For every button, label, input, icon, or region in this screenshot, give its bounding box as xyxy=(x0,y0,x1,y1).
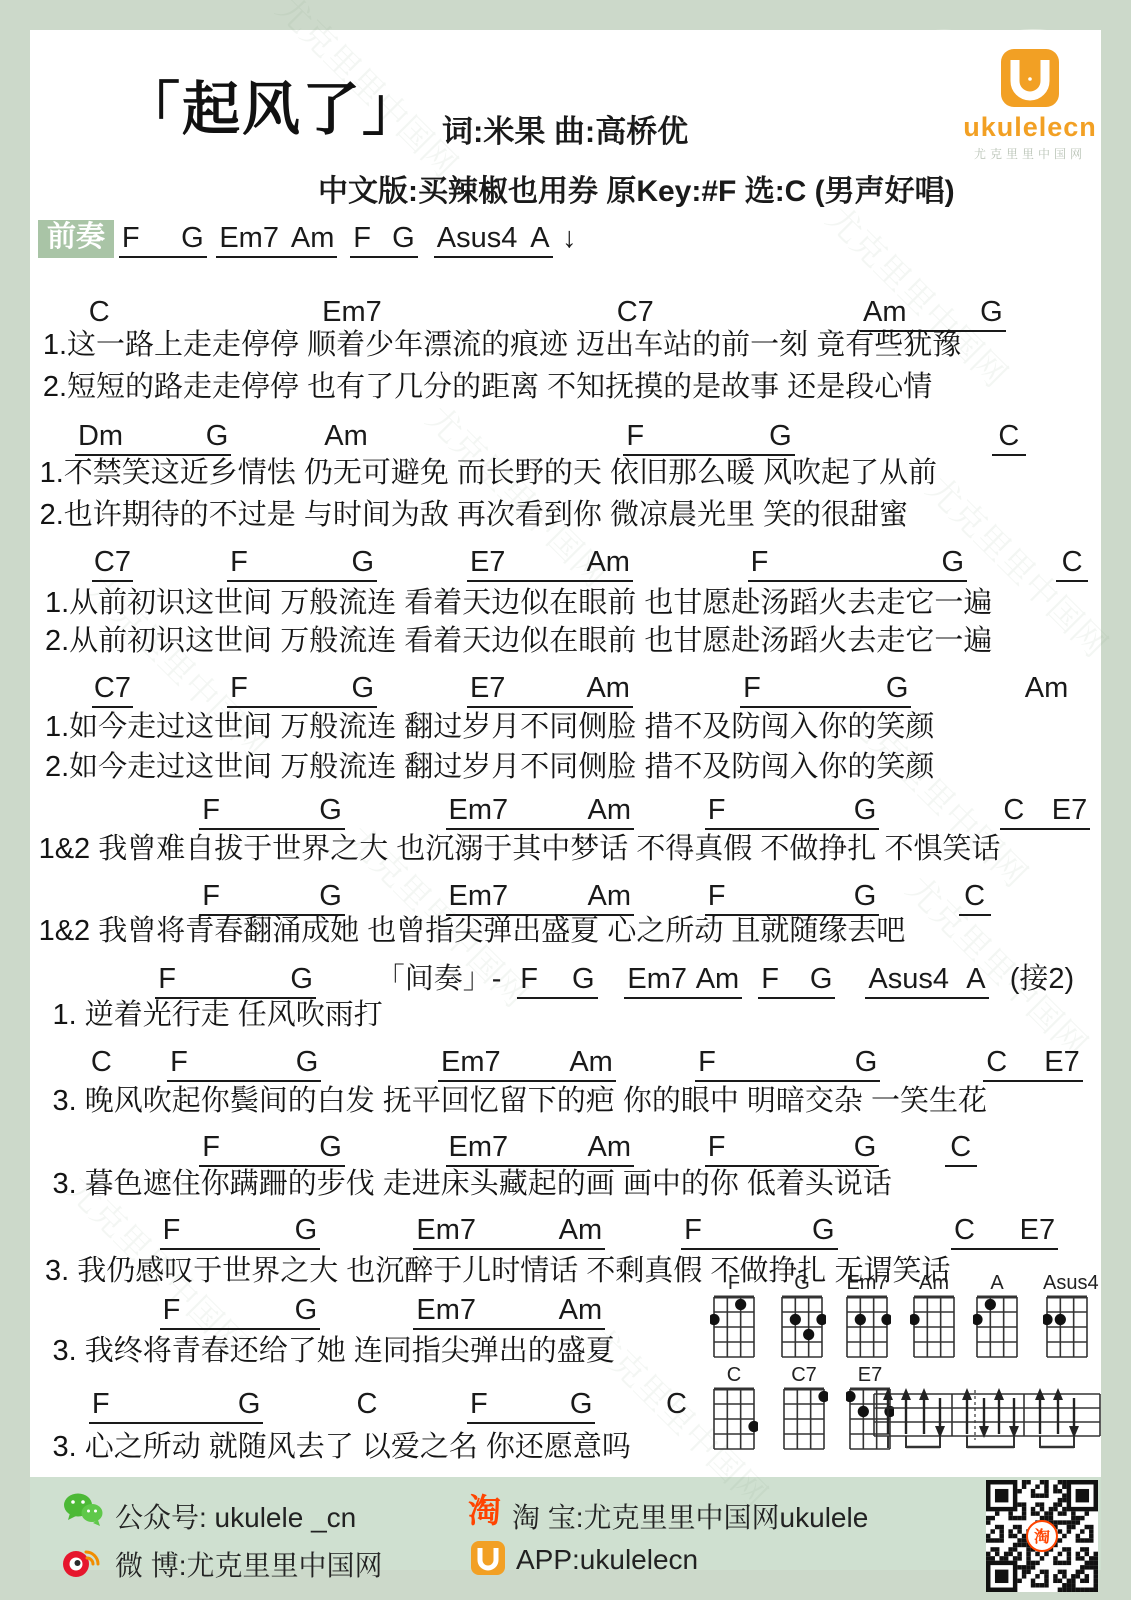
chord: C7 xyxy=(617,297,654,327)
chord: G xyxy=(570,1389,593,1419)
chord: Am xyxy=(696,964,740,994)
chord-group: Em7Am xyxy=(438,1047,616,1082)
wechat-icon xyxy=(62,1492,104,1528)
chord: C7 xyxy=(94,547,131,577)
chord-diagram-Am: Am xyxy=(910,1272,958,1367)
chord: C7 xyxy=(94,673,131,703)
chord: Am xyxy=(559,1295,603,1325)
chord: (接2) xyxy=(1010,964,1074,994)
chord: 「间奏」- xyxy=(376,964,502,994)
lyric-line: 1.不禁笑这近乡情怯 仍无可避免 而长野的天 依旧那么暖 风吹起了从前 xyxy=(40,458,937,490)
chord-group: FG xyxy=(89,1389,264,1424)
chord-group: Em7Am xyxy=(413,1215,605,1250)
lyric-line: 1.这一路上走走停停 顺着少年漂流的痕迹 迈出车站的前一刻 竟有些犹豫 xyxy=(43,330,961,362)
chord-group: FG xyxy=(160,1295,321,1330)
chord-diagram-label: Asus4 xyxy=(1043,1272,1091,1294)
chord: Am xyxy=(324,421,368,451)
svg-text:淘: 淘 xyxy=(1034,1527,1050,1546)
chord: G xyxy=(206,421,229,451)
chord-line: FGEm7AmFGC xyxy=(30,880,1101,916)
lyric-line: 3. 我终将青春还给了她 连同指尖弹出的盛夏 xyxy=(52,1336,614,1368)
chord-group: FG xyxy=(758,964,835,999)
chord: G xyxy=(290,964,313,994)
chord: E7 xyxy=(1044,1047,1079,1077)
chord-group: C7 xyxy=(92,673,133,708)
chord: F xyxy=(202,881,220,911)
chord-group: FG xyxy=(167,1047,321,1082)
chord-group: FG xyxy=(740,673,911,708)
lyric-line: 3. 暮色遮住你蹒跚的步伐 走进床头藏起的画 画中的你 低着头说话 xyxy=(52,1169,891,1201)
chord: G xyxy=(886,673,909,703)
chord-diagram-G: G xyxy=(778,1272,826,1367)
chord-diagram-Em7: Em7 xyxy=(843,1272,891,1367)
chord-group: FG xyxy=(623,421,794,456)
lyric-line: 1&2 我曾难自拔于世界之大 也沉溺于其中梦话 不得真假 不做挣扎 不惧笑话 xyxy=(39,834,1001,866)
chord: F xyxy=(92,1389,110,1419)
chord-group: E7Am xyxy=(467,547,633,582)
chord-group: E7Am xyxy=(467,673,633,708)
lyric-line: 2.短短的路走走停停 也有了几分的距离 不知抚摸的是故事 还是段心情 xyxy=(43,372,932,404)
chord-group: C xyxy=(88,1047,115,1082)
chord-line: FGEm7AmFGCE7 xyxy=(30,794,1101,830)
chord-group: Am xyxy=(1022,673,1072,708)
chord: F xyxy=(163,1215,181,1245)
chord: C xyxy=(964,881,985,911)
chord: F xyxy=(743,673,761,703)
chord-line: CFGEm7AmFGCE7 xyxy=(30,1046,1101,1082)
chord: F xyxy=(708,881,726,911)
qr-code: 淘 xyxy=(986,1480,1098,1592)
chord-diagram-Asus4: Asus4 xyxy=(1043,1272,1091,1367)
chord: Am xyxy=(559,1215,603,1245)
chord: A xyxy=(966,964,985,994)
chord-diagram-F: F xyxy=(710,1272,758,1367)
chord: Em7 xyxy=(449,1132,509,1162)
chord-group: FG xyxy=(199,795,345,830)
chord: F xyxy=(708,795,726,825)
chord: C xyxy=(91,1047,112,1077)
chord: Em7 xyxy=(441,1047,501,1077)
chord: G xyxy=(319,881,342,911)
chord-line: FG「间奏」-FGEm7AmFGAsus4A(接2) xyxy=(30,963,1101,999)
lyric-line: 1&2 我曾将青春翻涌成她 也曾指尖弹出盛夏 心之所动 且就随缘去吧 xyxy=(39,916,906,948)
chord-group: CE7 xyxy=(1000,795,1090,830)
fretboard-grid xyxy=(843,1294,891,1362)
chord: Am xyxy=(569,1047,613,1077)
chord: Em7 xyxy=(449,881,509,911)
chord-group: FG xyxy=(705,881,880,916)
chord: G xyxy=(319,1132,342,1162)
chord-group: Em7Am xyxy=(446,881,634,916)
chord-group: FG xyxy=(199,1132,345,1167)
chord-diagram-label: Em7 xyxy=(843,1272,891,1294)
taobao-label: 淘 宝:尤克里里中国网ukulele xyxy=(512,1496,868,1536)
chord: G xyxy=(980,297,1003,327)
app-icon xyxy=(470,1540,506,1576)
chord: Am xyxy=(586,547,630,577)
chord-diagram-C7: C7 xyxy=(780,1364,828,1459)
chord-group: CE7 xyxy=(951,1215,1058,1250)
chord: C xyxy=(89,297,110,327)
chord-group: FG xyxy=(705,795,880,830)
chord: F xyxy=(684,1215,702,1245)
chord-group: FG xyxy=(681,1215,837,1250)
chord-group: FG xyxy=(748,547,968,582)
lyric-line: 1.从前初识这世间 万般流连 看着天边似在眼前 也甘愿赴汤蹈火去走它一遍 xyxy=(45,588,992,620)
chord-diagram-label: Am xyxy=(910,1272,958,1294)
chord-group: FG xyxy=(160,1215,321,1250)
chord-group: C xyxy=(353,1389,380,1424)
chord-group: Em7Am xyxy=(446,1132,634,1167)
chord: C xyxy=(356,1389,377,1419)
chord-group: C xyxy=(992,421,1026,456)
chord: Am xyxy=(588,795,632,825)
chord: Am xyxy=(1025,673,1069,703)
chord-diagram-label: C xyxy=(710,1364,758,1386)
chord-group: 「间奏」- xyxy=(373,964,505,999)
lyric-line: 2.如今走过这世间 万般流连 翻过岁月不同侧脸 措不及防闯入你的笑颜 xyxy=(45,752,934,784)
chord: E7 xyxy=(1052,795,1087,825)
fretboard-grid xyxy=(1043,1294,1091,1362)
chord-group: FG xyxy=(227,673,377,708)
chord-line: FGEm7AmFGC xyxy=(30,1131,1101,1167)
chord-group: C xyxy=(945,1132,977,1167)
chord-line: CEm7C7AmG xyxy=(30,296,1101,332)
chord-group: C7 xyxy=(614,297,657,332)
chord: E7 xyxy=(1020,1215,1055,1245)
chord: E7 xyxy=(470,547,505,577)
chord: Am xyxy=(863,297,907,327)
chord: F xyxy=(163,1295,181,1325)
chord-group: FG xyxy=(517,964,597,999)
lyric-line: 2.也许期待的不过是 与时间为敌 再次看到你 微凉晨光里 笑的很甜蜜 xyxy=(40,500,908,532)
fretboard-grid xyxy=(973,1294,1021,1362)
chord-sheet-page: 尤克里里中国网尤克里里中国网尤克里里中国网尤克里里中国网尤克里里中国网尤克里里中… xyxy=(0,0,1131,1600)
chord: Em7 xyxy=(449,795,509,825)
chord: Em7 xyxy=(416,1295,476,1325)
lyric-line: 3. 心之所动 就随风去了 以爱之名 你还愿意吗 xyxy=(52,1432,630,1464)
fretboard-grid xyxy=(778,1294,826,1362)
fretboard-grid xyxy=(910,1294,958,1362)
chord-group: FG xyxy=(467,1389,596,1424)
chord: F xyxy=(158,964,176,994)
chord-group: Em7Am xyxy=(413,1295,605,1330)
chord: C xyxy=(998,421,1019,451)
chord: G xyxy=(855,1047,878,1077)
chord-group: FG xyxy=(227,547,377,582)
chord-diagram-label: G xyxy=(778,1272,826,1294)
lyric-line: 3. 晚风吹起你鬓间的白发 抚平回忆留下的疤 你的眼中 明暗交杂 一笑生花 xyxy=(52,1086,986,1118)
chord-group: FG xyxy=(155,964,316,999)
chord: G xyxy=(942,547,965,577)
chord: C xyxy=(950,1132,971,1162)
chord-group: Am xyxy=(321,421,371,456)
chord: G xyxy=(351,673,374,703)
chord: G xyxy=(295,1295,318,1325)
lyric-line: 1. 逆着光行走 任风吹雨打 xyxy=(52,1000,382,1032)
chord-line: C7FGE7AmFGC xyxy=(30,546,1101,582)
chord: G xyxy=(295,1215,318,1245)
taobao-icon: 淘 xyxy=(468,1494,501,1527)
chord-group: (接2) xyxy=(1007,964,1077,999)
chord: C xyxy=(986,1047,1007,1077)
chord-group: C xyxy=(959,881,991,916)
chord-line: DmGAmFGC xyxy=(30,420,1101,456)
chord-line: C7FGE7AmFGAm xyxy=(30,672,1101,708)
chord: G xyxy=(572,964,595,994)
chord-group: FG xyxy=(705,1132,880,1167)
lyric-line: 2.从前初识这世间 万般流连 看着天边似在眼前 也甘愿赴汤蹈火去走它一遍 xyxy=(45,626,992,658)
chord: G xyxy=(319,795,342,825)
chord-group: AmG xyxy=(860,297,1006,332)
chord: Em7 xyxy=(416,1215,476,1245)
chord: G xyxy=(854,795,877,825)
chord-group: FG xyxy=(199,881,345,916)
chord-group: C xyxy=(86,297,113,332)
chord: F xyxy=(202,1132,220,1162)
chord: Dm xyxy=(78,421,123,451)
chord: F xyxy=(708,1132,726,1162)
chord-diagram-label: C7 xyxy=(780,1364,828,1386)
chord: G xyxy=(296,1047,319,1077)
chord-group: Em7 xyxy=(319,297,385,332)
chord: F xyxy=(202,795,220,825)
chord-diagram-panel: FGEm7AmAAsus4CC7E7 xyxy=(660,1272,1108,1472)
chord-diagram-A: A xyxy=(973,1272,1021,1367)
chord: Am xyxy=(588,1132,632,1162)
chord-group: C7 xyxy=(92,547,133,582)
chord: G xyxy=(769,421,792,451)
chord: E7 xyxy=(470,673,505,703)
chord: Am xyxy=(586,673,630,703)
chord: Am xyxy=(588,881,632,911)
chord: F xyxy=(698,1047,716,1077)
chord: F xyxy=(470,1389,488,1419)
strumming-pattern xyxy=(872,1380,1102,1458)
chord-group: CE7 xyxy=(983,1047,1083,1082)
chord: C xyxy=(1062,547,1083,577)
chord-line: FGEm7AmFGCE7 xyxy=(30,1214,1101,1250)
chord: C xyxy=(1003,795,1024,825)
chord: C xyxy=(954,1215,975,1245)
chord-group: FG xyxy=(695,1047,880,1082)
chord-group: Em7Am xyxy=(624,964,742,999)
weibo-icon xyxy=(60,1540,104,1578)
chord: Asus4 xyxy=(868,964,949,994)
chord: G xyxy=(810,964,833,994)
chord: G xyxy=(238,1389,261,1419)
chord: F xyxy=(761,964,779,994)
chord-diagram-C: C xyxy=(710,1364,758,1459)
chord: G xyxy=(854,1132,877,1162)
chord-group: DmG xyxy=(75,421,231,456)
fretboard-grid xyxy=(710,1386,758,1454)
chord: G xyxy=(854,881,877,911)
chord: F xyxy=(230,547,248,577)
chord-group: Em7Am xyxy=(446,795,634,830)
chord: F xyxy=(170,1047,188,1077)
chord-group: Asus4A xyxy=(865,964,988,999)
chord-diagram-label: F xyxy=(710,1272,758,1294)
fretboard-grid xyxy=(780,1386,828,1454)
weibo-label: 微 博:尤克里里中国网 xyxy=(115,1544,383,1584)
fretboard-grid xyxy=(710,1294,758,1362)
wechat-label: 公众号: ukulele _cn xyxy=(115,1496,356,1536)
chord: F xyxy=(520,964,538,994)
lyric-line: 1.如今走过这世间 万般流连 翻过岁月不同侧脸 措不及防闯入你的笑颜 xyxy=(45,712,934,744)
chord: G xyxy=(812,1215,835,1245)
chord: Em7 xyxy=(627,964,687,994)
chord-group: C xyxy=(1056,547,1088,582)
chord: F xyxy=(230,673,248,703)
chord-diagram-label: A xyxy=(973,1272,1021,1294)
chord: F xyxy=(626,421,644,451)
chord: Em7 xyxy=(322,297,382,327)
app-label: APP:ukulelecn xyxy=(516,1544,698,1576)
chord: G xyxy=(351,547,374,577)
chord: F xyxy=(751,547,769,577)
